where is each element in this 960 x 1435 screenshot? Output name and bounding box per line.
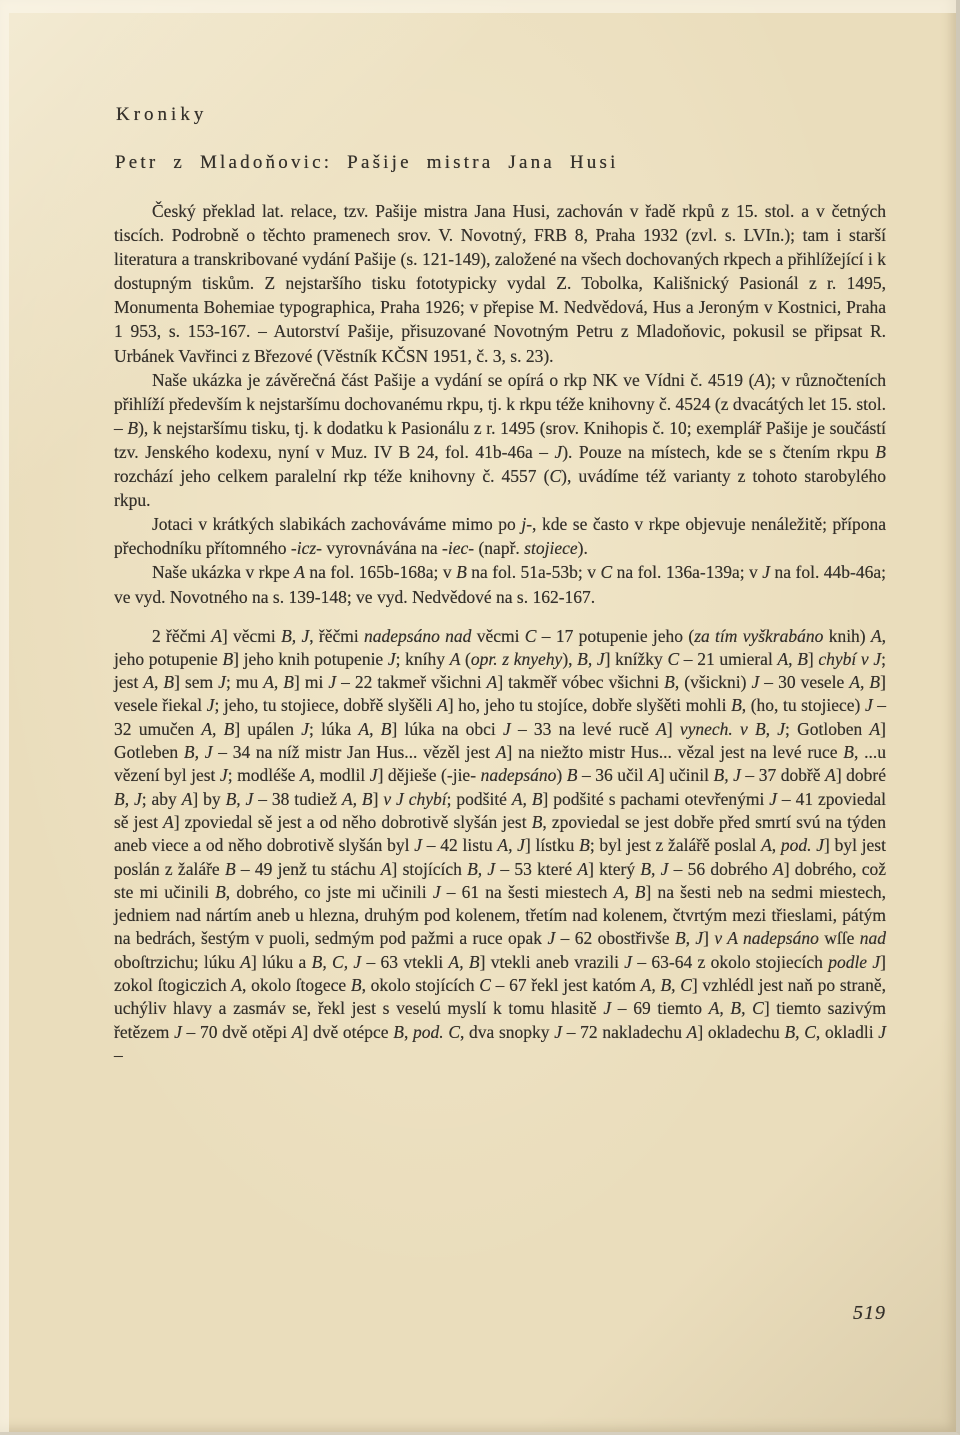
paragraph-sources: Český překlad lat. relace, tzv. Pašije m… [114, 199, 886, 368]
section-title: Kroniky [116, 104, 207, 126]
paragraph-orthography: Jotaci v krátkých slabikách zachováváme … [114, 512, 886, 560]
paragraph-critical-apparatus: 2 řěčmi A] věcmi B, J, řěčmi nadepsáno n… [114, 625, 886, 1068]
text-block: Český překlad lat. relace, tzv. Pašije m… [114, 199, 886, 1067]
book-page: Kroniky Petr z Mladoňovic: Pašije mistra… [0, 0, 960, 1435]
document-title: Petr z Mladoňovic: Pašije mistra Jana Hu… [115, 152, 619, 174]
paragraph-folios: Naše ukázka v rkpe A na fol. 165b-168a; … [114, 560, 886, 608]
paragraph-edition-basis: Naše ukázka je závěrečná část Pašije a v… [114, 368, 886, 513]
page-number: 519 [114, 1302, 886, 1325]
